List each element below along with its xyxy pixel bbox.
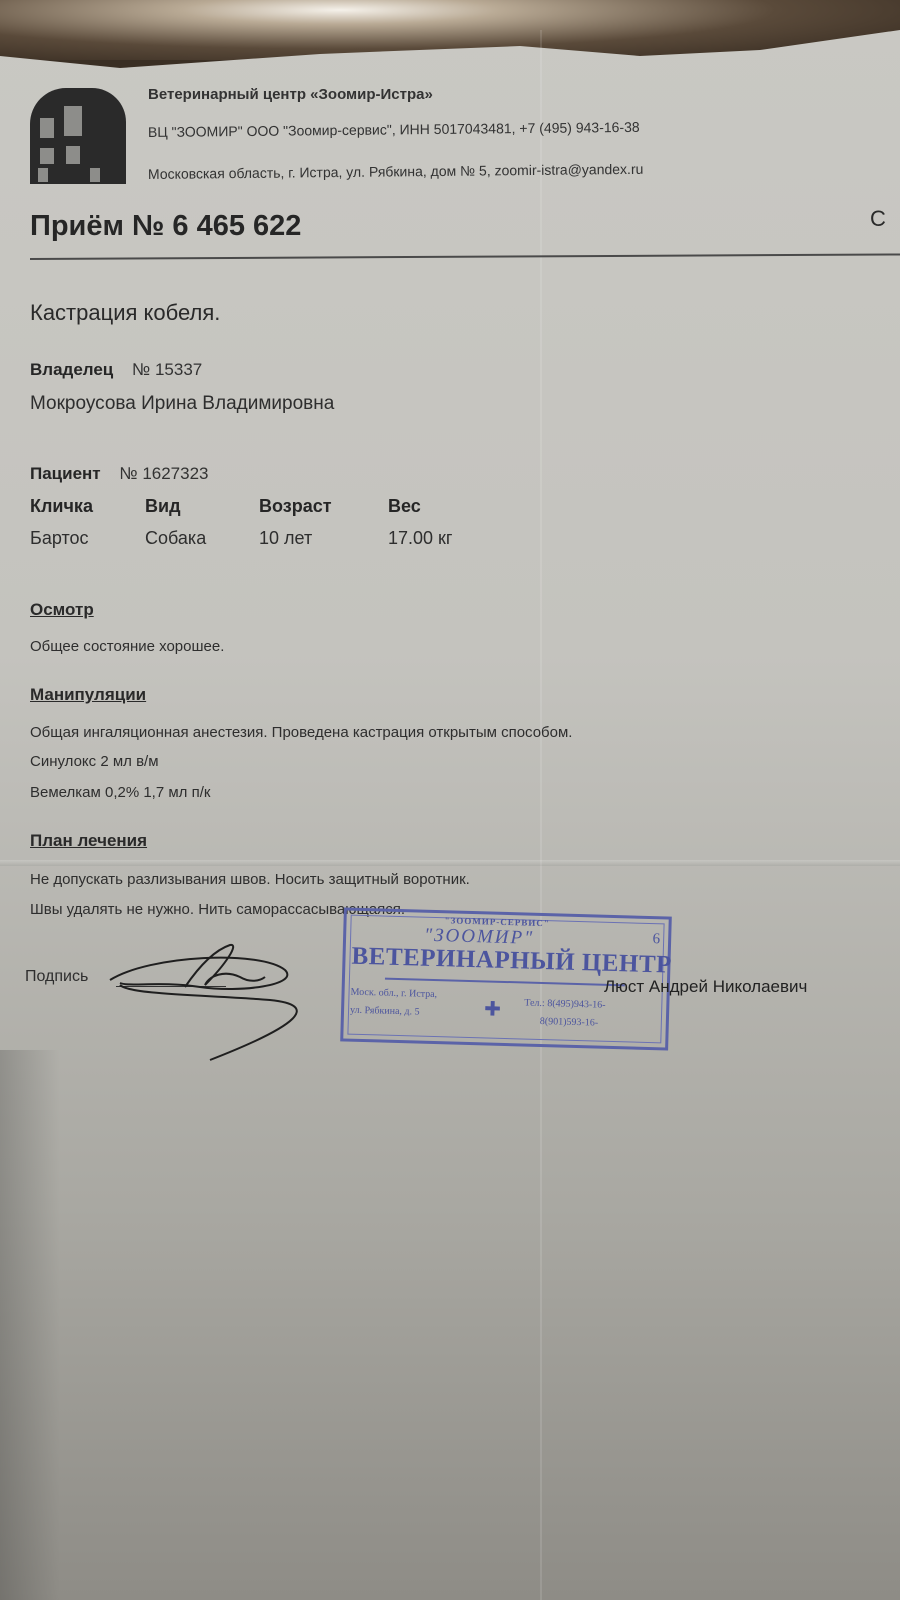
col-header: Кличка — [30, 496, 93, 528]
medical-cross-icon: ✚ — [484, 996, 501, 1020]
col-value: 17.00 кг — [388, 528, 453, 549]
exam-line: Общее состояние хорошее. — [30, 638, 224, 655]
owner-name: Мокроусова Ирина Владимировна — [30, 393, 334, 415]
clinic-name: Ветеринарный центр «Зоомир-Истра» — [148, 86, 433, 103]
patient-label: Пациент — [30, 464, 101, 483]
owner-number: № 15337 — [132, 360, 202, 379]
manipulation-line: Синулокс 2 мл в/м — [30, 753, 159, 770]
clinic-building-icon — [30, 88, 126, 184]
exam-title: Осмотр — [30, 600, 94, 620]
patient-col-species: Вид Собака — [145, 496, 206, 549]
patient-number: № 1627323 — [119, 464, 208, 483]
patient-col-age: Возраст 10 лет — [259, 496, 332, 549]
stamp-number: 6 — [652, 931, 660, 948]
patient-heading: Пациент № 1627323 — [30, 464, 209, 484]
procedure-title: Кастрация кобеля. — [30, 300, 220, 326]
paper-shadow — [0, 1050, 60, 1600]
col-value: Бартос — [30, 528, 93, 549]
patient-col-weight: Вес 17.00 кг — [388, 496, 453, 549]
owner-heading: Владелец № 15337 — [30, 360, 202, 380]
treatment-plan-title: План лечения — [30, 831, 147, 851]
visit-title: Приём № 6 465 622 — [30, 210, 301, 243]
col-header: Вес — [388, 496, 453, 528]
plan-line: Не допускать разлизывания швов. Носить з… — [30, 871, 470, 888]
signature-label: Подпись — [25, 968, 88, 986]
doctor-name: Люст Андрей Николаевич — [604, 977, 807, 997]
owner-label: Владелец — [30, 360, 113, 379]
visit-date-fragment: С — [870, 206, 886, 232]
stamp-phone: Тел.: 8(495)943-16- — [524, 998, 606, 1011]
paper-fold-vertical — [540, 30, 542, 1600]
stamp-address: ул. Рябкина, д. 5 — [350, 1005, 420, 1018]
col-value: 10 лет — [259, 528, 332, 549]
stamp-phone: 8(901)593-16- — [540, 1016, 599, 1029]
col-header: Возраст — [259, 496, 332, 528]
manipulations-title: Манипуляции — [30, 685, 146, 705]
col-header: Вид — [145, 496, 206, 528]
manipulation-line: Общая ингаляционная анестезия. Проведена… — [30, 724, 572, 741]
manipulation-line: Вемелкам 0,2% 1,7 мл п/к — [30, 784, 210, 801]
patient-col-name: Кличка Бартос — [30, 496, 93, 549]
paper-fold-horizontal — [0, 860, 900, 866]
handwritten-signature — [90, 935, 320, 1065]
col-value: Собака — [145, 528, 206, 549]
